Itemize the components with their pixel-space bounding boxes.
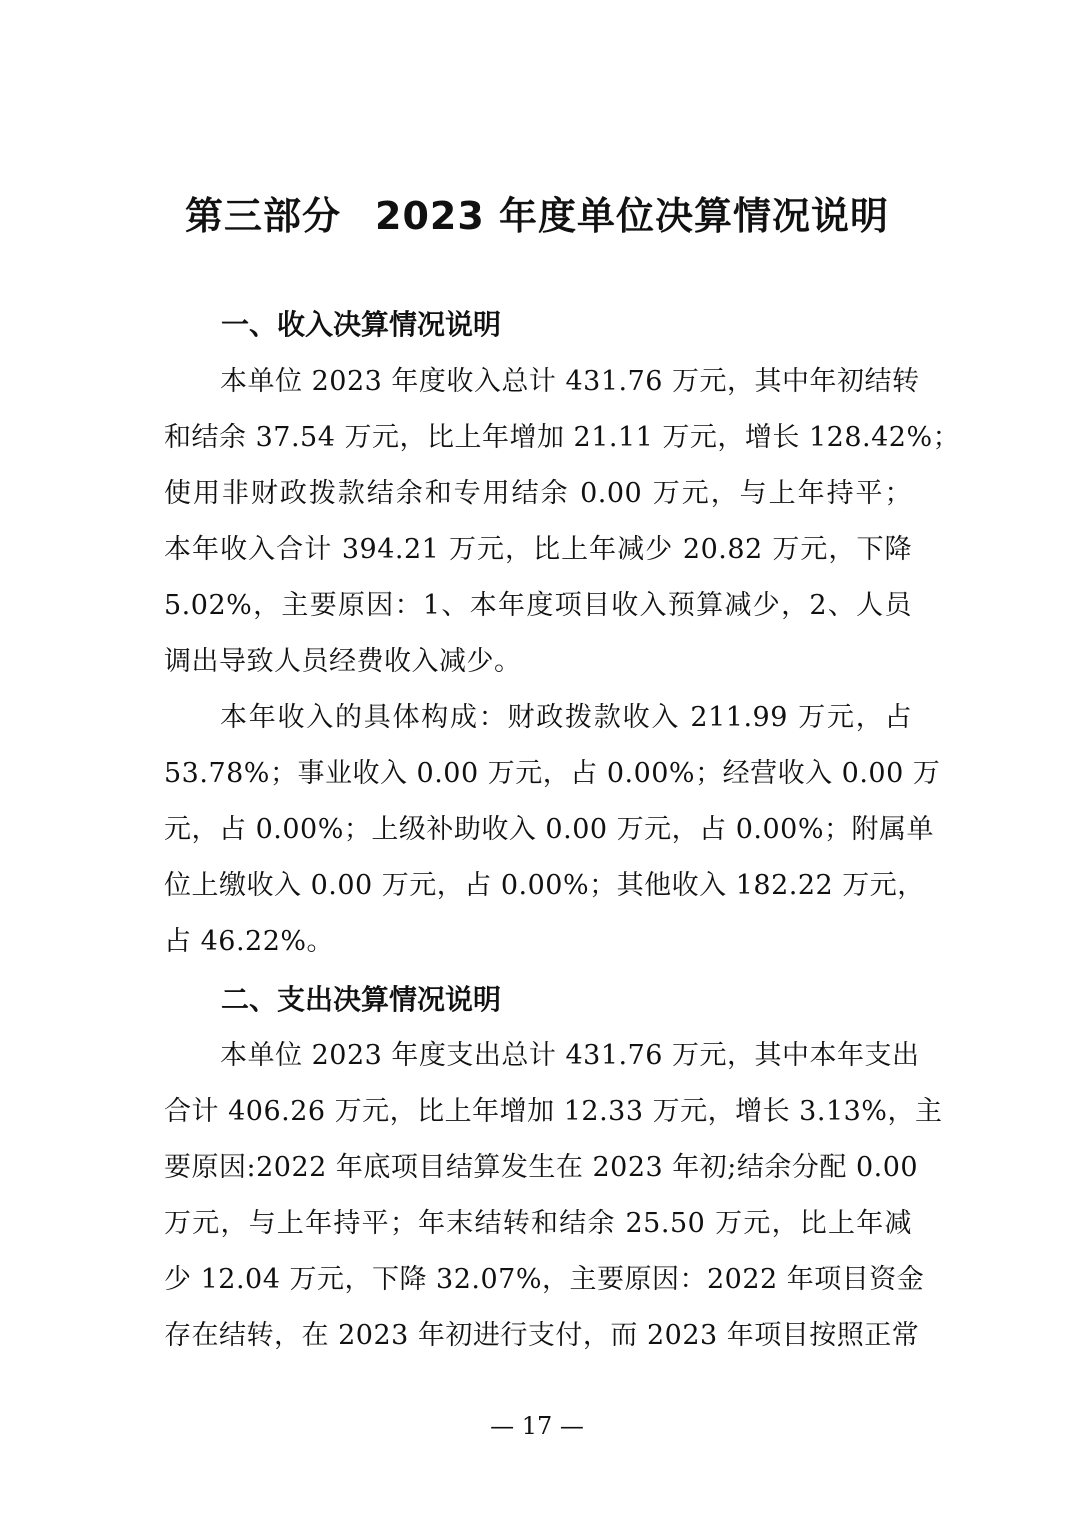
text-line: 要原因:2022 年底项目结算发生在 2023 年初;结余分配 0.00 xyxy=(164,1148,912,1188)
text-line: 本年收入合计 394.21 万元，比上年减少 20.82 万元，下降 xyxy=(164,530,912,570)
text-line: 占 46.22%。 xyxy=(164,922,912,962)
text-line: 合计 406.26 万元，比上年增加 12.33 万元，增长 3.13%，主 xyxy=(164,1092,912,1132)
text-line: 本单位 2023 年度收入总计 431.76 万元，其中年初结转 xyxy=(220,362,912,402)
text-line: 元，占 0.00%；上级补助收入 0.00 万元，占 0.00%；附属单 xyxy=(164,810,912,850)
text-line: 位上缴收入 0.00 万元，占 0.00%；其他收入 182.22 万元， xyxy=(164,866,912,906)
text-line: 调出导致人员经费收入减少。 xyxy=(164,642,912,682)
text-line: 少 12.04 万元，下降 32.07%，主要原因：2022 年项目资金 xyxy=(164,1260,912,1300)
document-page: 第三部分2023 年度单位决算情况说明 一、收入决算情况说明 本单位 2023 … xyxy=(0,0,1074,1520)
text-line: 53.78%；事业收入 0.00 万元，占 0.00%；经营收入 0.00 万 xyxy=(164,754,912,794)
text-line: 本年收入的具体构成：财政拨款收入 211.99 万元，占 xyxy=(220,698,912,738)
title-part: 第三部分 xyxy=(185,194,341,238)
text-line: 和结余 37.54 万元，比上年增加 21.11 万元，增长 128.42%； xyxy=(164,418,912,458)
page-title: 第三部分2023 年度单位决算情况说明 xyxy=(0,188,1074,244)
title-text: 2023 年度单位决算情况说明 xyxy=(375,194,889,238)
page-number: — 17 — xyxy=(0,1408,1074,1444)
text-line: 本单位 2023 年度支出总计 431.76 万元，其中本年支出 xyxy=(220,1036,912,1076)
text-line: 万元，与上年持平；年末结转和结余 25.50 万元，比上年减 xyxy=(164,1204,912,1244)
section-heading-expenditure: 二、支出决算情况说明 xyxy=(221,980,501,1020)
text-line: 5.02%，主要原因：1、本年度项目收入预算减少，2、人员 xyxy=(164,586,912,626)
section-heading-income: 一、收入决算情况说明 xyxy=(221,305,501,345)
text-line: 使用非财政拨款结余和专用结余 0.00 万元，与上年持平； xyxy=(164,474,912,514)
text-line: 存在结转，在 2023 年初进行支付，而 2023 年项目按照正常 xyxy=(164,1316,912,1356)
